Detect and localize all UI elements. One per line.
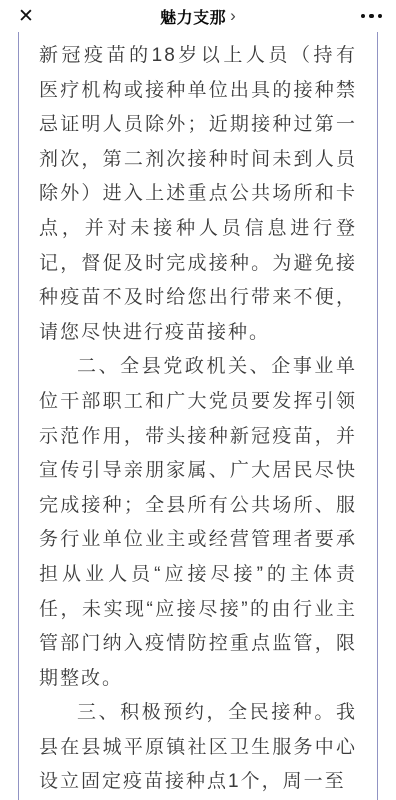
paragraph-vaccination-requirements: 新冠疫苗的18岁以上人员（持有医疗机构或接种单位出具的接种禁忌证明人员除外；近期… (39, 39, 357, 350)
navbar-title-area: 魅力支那 › (0, 0, 396, 32)
more-menu-dot (369, 14, 374, 19)
close-icon[interactable]: ✕ (10, 0, 42, 32)
article-body: 新冠疫苗的18岁以上人员（持有医疗机构或接种单位出具的接种禁忌证明人员除外；近期… (39, 39, 357, 800)
more-menu-dot (378, 14, 383, 19)
more-menu-icon[interactable] (361, 0, 383, 32)
paragraph-item-two: 二、全县党政机关、企事业单位干部职工和广大党员要发挥引领示范作用，带头接种新冠疫… (39, 350, 357, 696)
navbar: ✕ 魅力支那 › (0, 0, 396, 32)
more-menu-dot (361, 14, 366, 19)
official-account-title[interactable]: 魅力支那 (160, 5, 226, 28)
paragraph-item-three: 三、积极预约，全民接种。我县在县城平原镇社区卫生服务中心设立固定疫苗接种点1个，… (39, 696, 357, 800)
chevron-right-icon[interactable]: › (230, 7, 236, 26)
article-content-box[interactable]: 新冠疫苗的18岁以上人员（持有医疗机构或接种单位出具的接种禁忌证明人员除外；近期… (18, 32, 378, 800)
